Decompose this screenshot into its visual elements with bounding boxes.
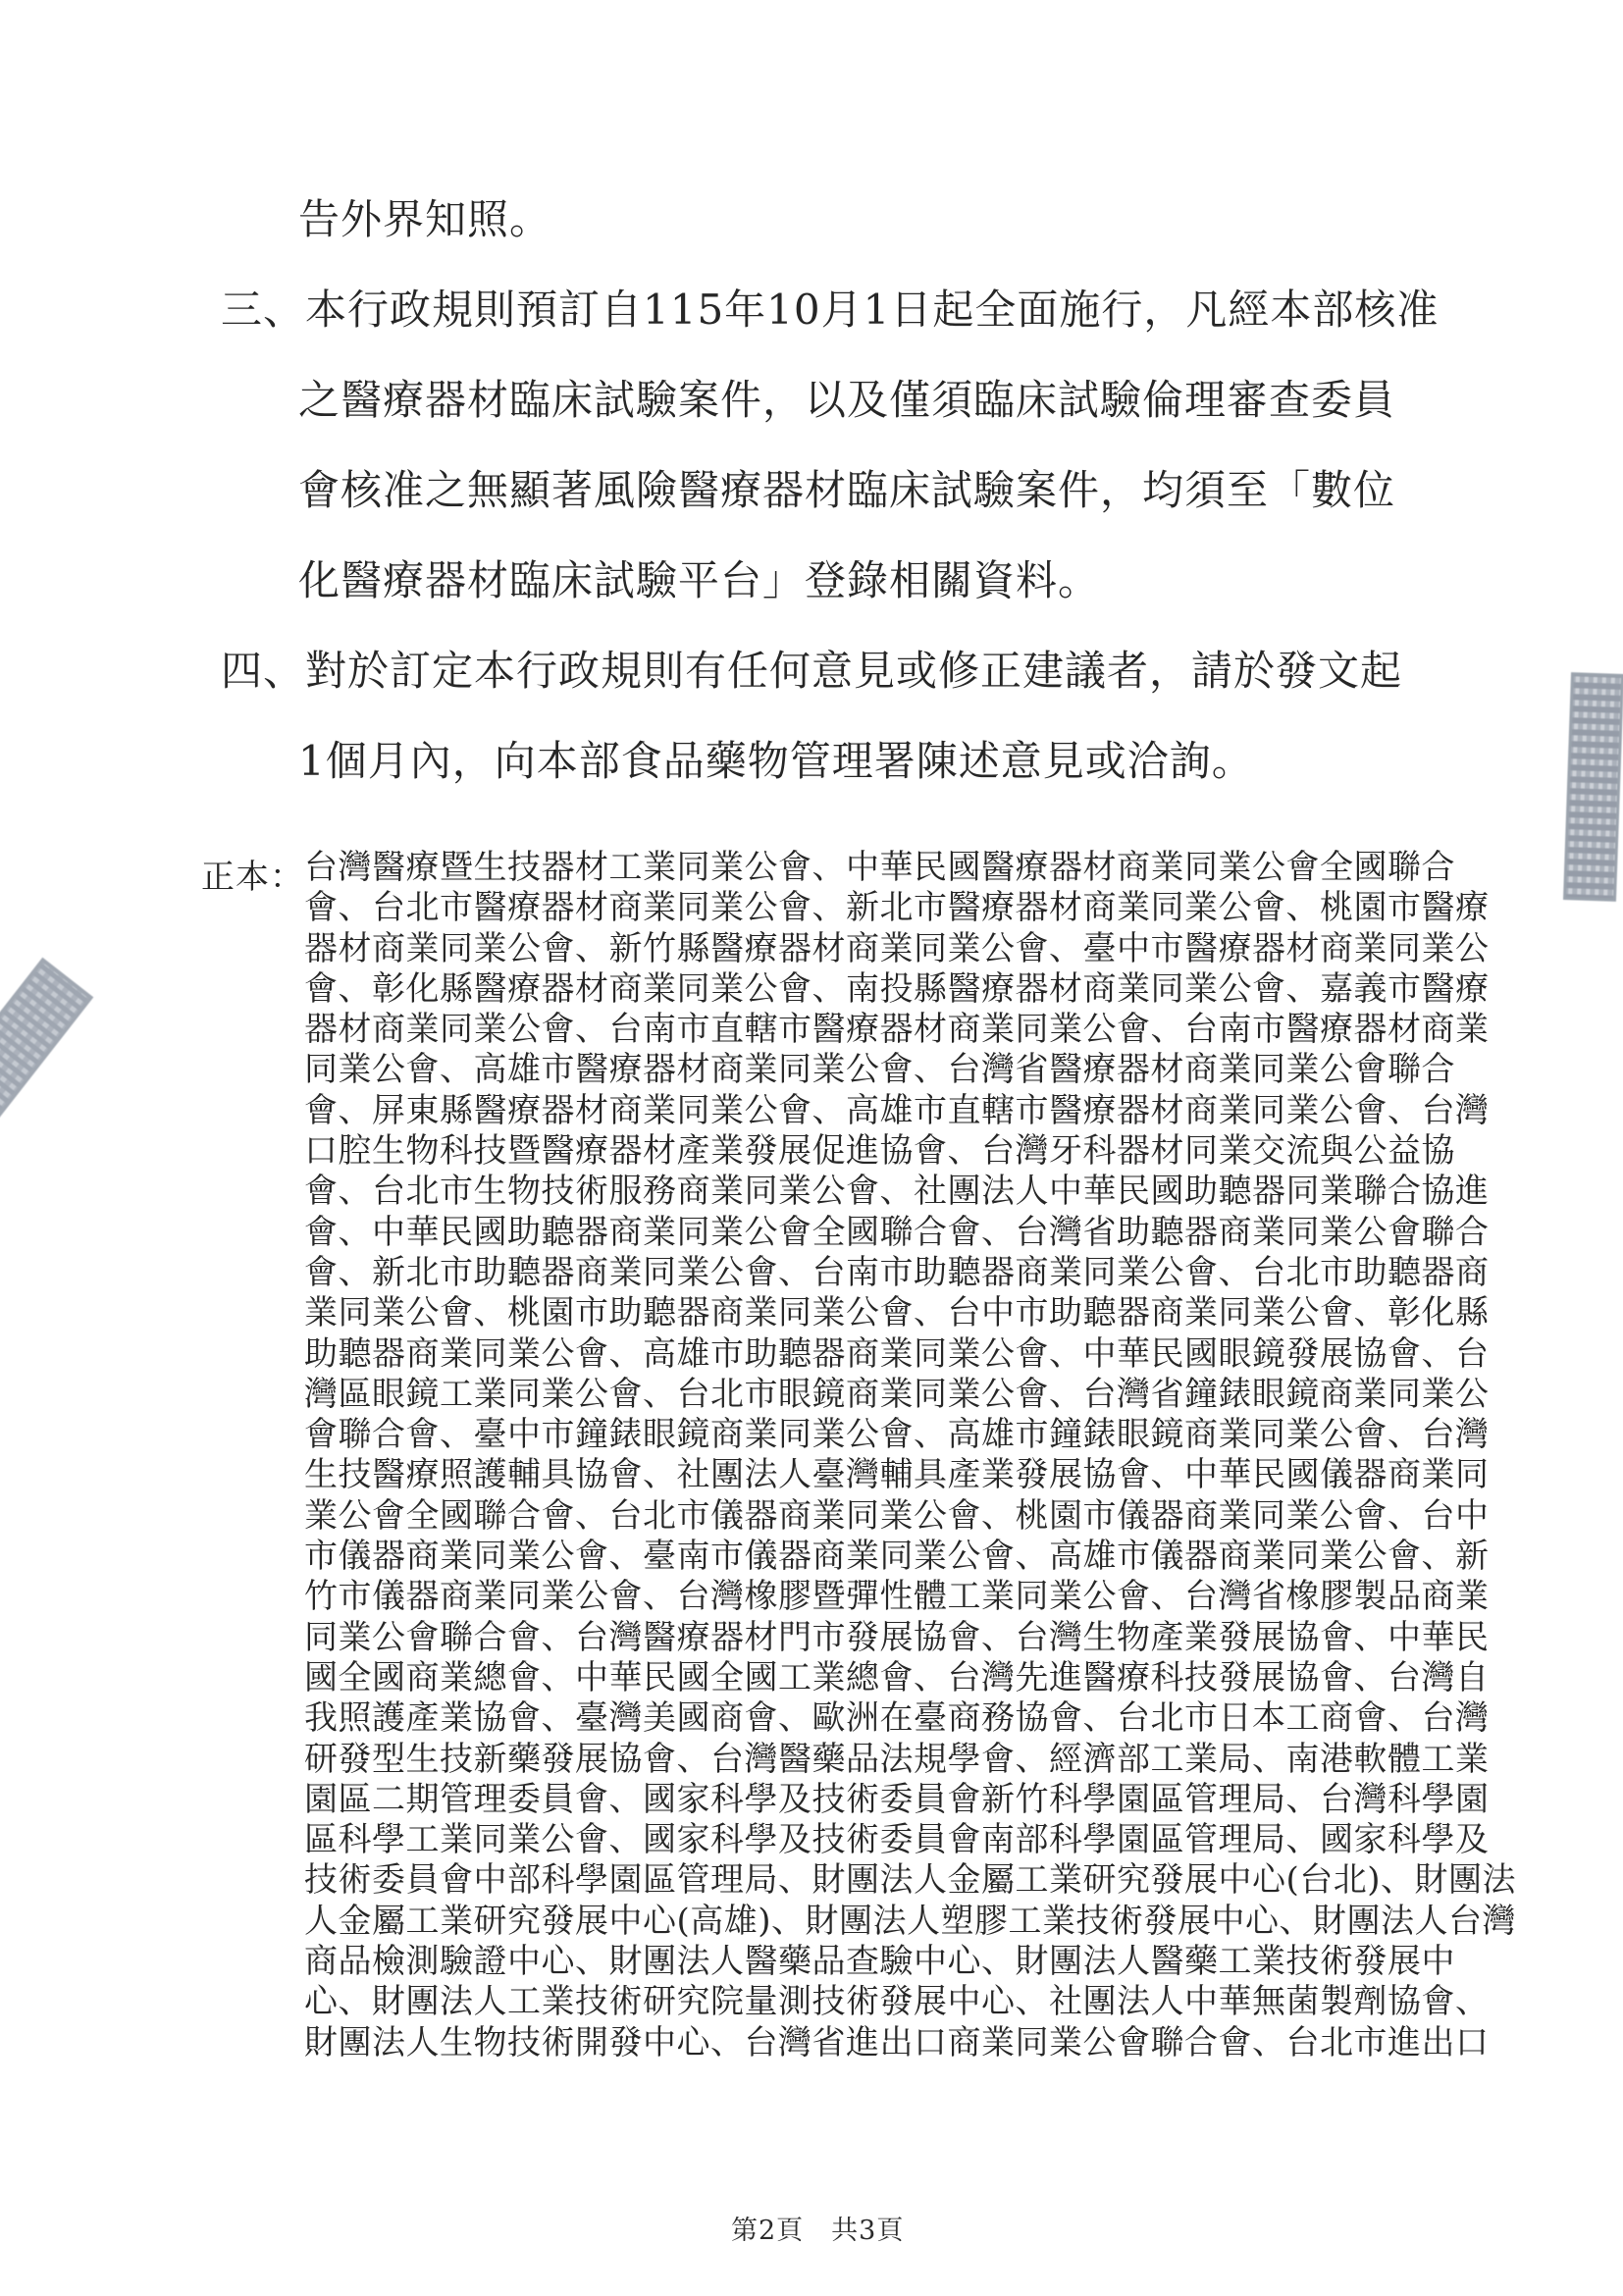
recipient-line: 會、新北市助聽器商業同業公會、台南市助聽器商業同業公會、台北市助聽器商 [304, 1253, 1501, 1293]
recipient-line: 商品檢測驗證中心、財團法人醫藥品查驗中心、財團法人醫藥工業技術發展中 [304, 1942, 1501, 1982]
recipient-line: 我照護產業協會、臺灣美國商會、歐洲在臺商務協會、台北市日本工商會、台灣 [304, 1698, 1501, 1739]
recipient-line: 財團法人生物技術開發中心、台灣省進出口商業同業公會聯合會、台北市進出口 [304, 2023, 1501, 2063]
recipient-line: 助聽器商業同業公會、高雄市助聽器商業同業公會、中華民國眼鏡發展協會、台 [304, 1334, 1501, 1375]
seal-stamp-left-edge [0, 958, 93, 1129]
recipient-line: 業公會全國聯合會、台北市儀器商業同業公會、桃園市儀器商業同業公會、台中 [304, 1496, 1501, 1537]
recipient-line: 技術委員會中部科學園區管理局、財團法人金屬工業研究發展中心(台北)、財團法 [304, 1860, 1501, 1901]
item4-line-2: 1個月內，向本部食品藥物管理署陳述意見或洽詢。 [221, 716, 1477, 807]
seal-stamp-right-edge [1563, 672, 1623, 902]
recipient-line: 同業公會聯合會、台灣醫療器材門市發展協會、台灣生物產業發展協會、中華民 [304, 1618, 1501, 1658]
item3-line-2: 之醫療器材臨床試驗案件，以及僅須臨床試驗倫理審查委員 [221, 355, 1477, 445]
recipient-line: 器材商業同業公會、新竹縣醫療器材商業同業公會、臺中市醫療器材商業同業公 [304, 929, 1501, 969]
recipient-line: 人金屬工業研究發展中心(高雄)、財團法人塑膠工業技術發展中心、財團法人台灣 [304, 1902, 1501, 1942]
paragraph-continuation-line: 告外界知照。 [221, 175, 1477, 265]
document-body: 告外界知照。 三、本行政規則預訂自115年10月1日起全面施行，凡經本部核准 之… [221, 175, 1477, 807]
item3-line-1: 三、本行政規則預訂自115年10月1日起全面施行，凡經本部核准 [221, 265, 1477, 355]
recipient-line: 台灣醫療暨生技器材工業同業公會、中華民國醫療器材商業同業公會全國聯合 [304, 848, 1501, 888]
recipient-line: 灣區眼鏡工業同業公會、台北市眼鏡商業同業公會、台灣省鐘錶眼鏡商業同業公 [304, 1375, 1501, 1415]
recipients-label: 正本： [201, 850, 304, 898]
recipients-list: 台灣醫療暨生技器材工業同業公會、中華民國醫療器材商業同業公會全國聯合 會、台北市… [304, 848, 1501, 2063]
recipient-line: 區科學工業同業公會、國家科學及技術委員會南部科學園區管理局、國家科學及 [304, 1820, 1501, 1860]
recipient-line: 生技醫療照護輔具協會、社團法人臺灣輔具產業發展協會、中華民國儀器商業同 [304, 1455, 1501, 1495]
recipient-line: 器材商業同業公會、台南市直轄市醫療器材商業同業公會、台南市醫療器材商業 [304, 1010, 1501, 1050]
recipient-line: 會聯合會、臺中市鐘錶眼鏡商業同業公會、高雄市鐘錶眼鏡商業同業公會、台灣 [304, 1415, 1501, 1455]
recipient-line: 園區二期管理委員會、國家科學及技術委員會新竹科學園區管理局、台灣科學園 [304, 1780, 1501, 1820]
recipient-line: 會、台北市醫療器材商業同業公會、新北市醫療器材商業同業公會、桃園市醫療 [304, 888, 1501, 928]
recipient-line: 市儀器商業同業公會、臺南市儀器商業同業公會、高雄市儀器商業同業公會、新 [304, 1537, 1501, 1577]
item3-line-4: 化醫療器材臨床試驗平台」登錄相關資料。 [221, 536, 1477, 626]
recipient-line: 會、中華民國助聽器商業同業公會全國聯合會、台灣省助聽器商業同業公會聯合 [304, 1213, 1501, 1253]
recipient-line: 業同業公會、桃園市助聽器商業同業公會、台中市助聽器商業同業公會、彰化縣 [304, 1293, 1501, 1333]
recipient-line: 同業公會、高雄市醫療器材商業同業公會、台灣省醫療器材商業同業公會聯合 [304, 1050, 1501, 1090]
recipient-line: 竹市儀器商業同業公會、台灣橡膠暨彈性體工業同業公會、台灣省橡膠製品商業 [304, 1577, 1501, 1617]
page-number-footer: 第2頁 共3頁 [731, 2209, 904, 2247]
recipient-line: 會、台北市生物技術服務商業同業公會、社團法人中華民國助聽器同業聯合協進 [304, 1172, 1501, 1212]
item4-line-1: 四、對於訂定本行政規則有任何意見或修正建議者，請於發文起 [221, 626, 1477, 716]
recipient-line: 口腔生物科技暨醫療器材產業發展促進協會、台灣牙科器材同業交流與公益協 [304, 1131, 1501, 1172]
recipient-line: 心、財團法人工業技術研究院量測技術發展中心、社團法人中華無菌製劑協會、 [304, 1982, 1501, 2022]
recipient-line: 會、彰化縣醫療器材商業同業公會、南投縣醫療器材商業同業公會、嘉義市醫療 [304, 969, 1501, 1010]
recipient-line: 國全國商業總會、中華民國全國工業總會、台灣先進醫療科技發展協會、台灣自 [304, 1658, 1501, 1698]
recipient-line: 會、屏東縣醫療器材商業同業公會、高雄市直轄市醫療器材商業同業公會、台灣 [304, 1091, 1501, 1131]
item3-line-3: 會核准之無顯著風險醫療器材臨床試驗案件，均須至「數位 [221, 445, 1477, 536]
recipient-line: 研發型生技新藥發展協會、台灣醫藥品法規學會、經濟部工業局、南港軟體工業 [304, 1740, 1501, 1780]
scanned-document-page: 告外界知照。 三、本行政規則預訂自115年10月1日起全面施行，凡經本部核准 之… [0, 0, 1623, 2296]
